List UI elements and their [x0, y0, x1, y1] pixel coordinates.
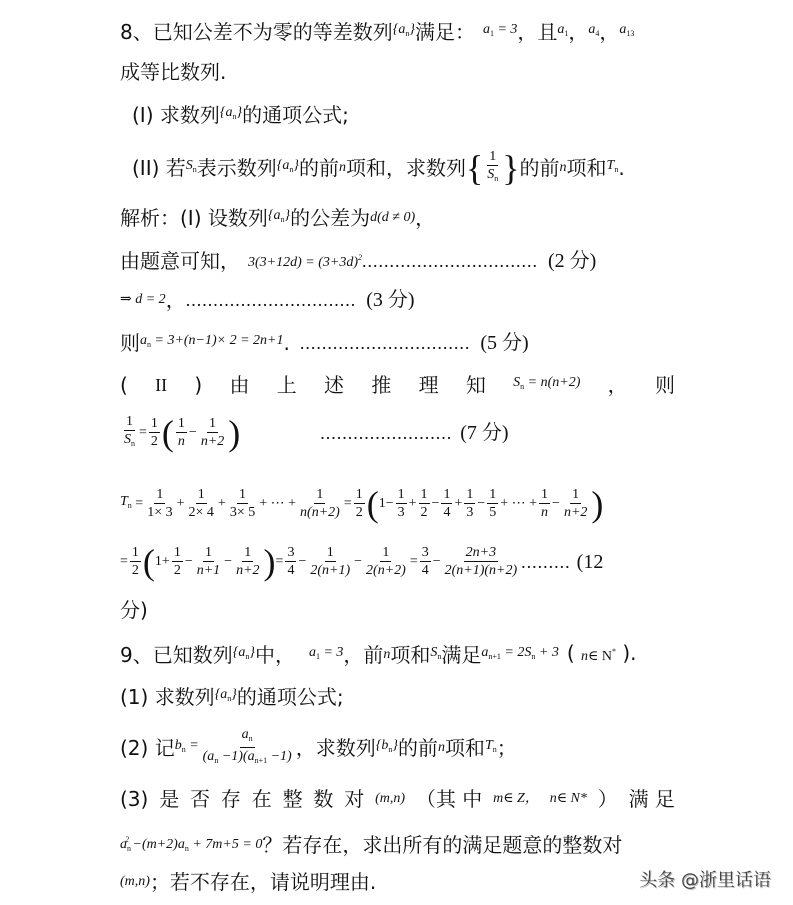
score: (5 分) — [480, 331, 528, 355]
text: 满足 — [441, 643, 481, 667]
text: 项和 — [390, 643, 430, 667]
part2-label: (II) 若 — [132, 156, 186, 180]
score: (12 — [577, 550, 604, 574]
q9-prefix: 9、已知数列 — [120, 643, 233, 667]
Tn: Tn — [607, 154, 619, 182]
char: 理 — [419, 373, 439, 397]
paren-close: ） — [598, 787, 618, 811]
seq-an: {an} — [233, 641, 255, 669]
text: 表示数列 — [197, 156, 277, 180]
char: 在 — [252, 787, 272, 811]
Sn: Sn — [186, 154, 197, 182]
part1-suffix: 的通项公式; — [242, 103, 349, 127]
n: n — [383, 643, 390, 667]
step2-eq: ⇒ d = 2 — [120, 288, 166, 312]
frac-half: 12 — [149, 416, 160, 451]
step1-text: 由题意可知， — [120, 249, 240, 273]
m-in-Z: m∈ Z， — [493, 787, 539, 811]
char: ， — [608, 373, 628, 397]
paren-close: ) — [228, 415, 240, 451]
text: 的前 — [520, 156, 560, 180]
n-in-N: n∈ N* — [550, 787, 587, 811]
seq-bn: {bn} — [376, 734, 398, 762]
char: 则 — [655, 373, 675, 397]
score: (7 分) — [460, 421, 508, 445]
p1-suffix: 的通项公式; — [237, 685, 344, 709]
leader-dots: ............................... — [186, 288, 357, 312]
seq-an: {an} — [393, 18, 415, 46]
q9-part3-line2: an2 −(m+2)an + 7m+5 = 0 ？若存在，求出所有的满足题意的整… — [120, 828, 622, 861]
a13: a13 — [619, 18, 634, 46]
bn-fraction: an(an −1)(an+1 −1) — [201, 727, 294, 770]
q8-part2: (II) 若 Sn 表示数列 {an} 的前 n 项和，求数列 { 1Sn } … — [132, 148, 625, 188]
comma: ， — [166, 288, 186, 312]
leader-dots: ............................... — [300, 331, 471, 355]
solution-part2-intro: ( II ) 由 上 述 推 理 知 Sn = n(n+2) ， 则 — [120, 371, 675, 399]
q8-and: ，且 — [517, 20, 557, 44]
intro-mid: 的公差为 — [290, 206, 370, 230]
char: 否 — [190, 787, 210, 811]
d-condition: d(d ≠ 0) — [370, 206, 415, 230]
semicolon: ； — [497, 736, 517, 760]
n: n — [438, 736, 445, 760]
char: II — [155, 373, 167, 397]
solution-step2: ⇒ d = 2 ， ..............................… — [120, 288, 415, 312]
tn-expansion-line1: Tn = 11× 3+ 12× 4+ 13× 5+ ⋯ + 1n(n+2)= 1… — [120, 480, 603, 528]
seq-an: {an} — [268, 204, 290, 232]
q9-part3-line1: (3) 是 否 存 在 整 数 对 (m,n) （其 中 m∈ Z， n∈ N*… — [120, 787, 675, 811]
q8-prefix: 8、已知公差不为零的等差数列 — [120, 20, 393, 44]
char: ( — [120, 373, 128, 397]
tn-expansion-line2: = 12 (1+ 12− 1n+1− 1n+2 )= 34− 12(n+1)− … — [120, 538, 603, 586]
char: 推 — [371, 373, 391, 397]
step1-eq: 3(3+12d) = (3+3d)2 — [248, 246, 362, 275]
a1-eq: a1 = 3 — [309, 641, 343, 669]
solution-step1: 由题意可知， 3(3+12d) = (3+3d)2 ..............… — [120, 246, 596, 275]
intro-text: 解析：(I) 设数列 — [120, 206, 268, 230]
paren-open: ( — [162, 415, 174, 451]
char: 述 — [324, 373, 344, 397]
q8-mid: 满足： — [415, 20, 475, 44]
n: n — [560, 156, 567, 180]
comma: ， — [415, 206, 435, 230]
solution-intro: 解析：(I) 设数列 {an} 的公差为 d(d ≠ 0) ， — [120, 204, 435, 232]
period: . — [284, 331, 290, 355]
q9-statement: 9、已知数列 {an} 中， a1 = 3 ，前 n 项和 Sn 满足 an+1… — [120, 640, 637, 669]
text: （其 中 — [416, 787, 482, 811]
q9-part3-line3: (m,n) ；若不存在，请说明理由. — [120, 870, 376, 894]
brace-close: } — [502, 150, 519, 186]
leader-dots: ........................ — [320, 421, 452, 445]
char: 数 — [313, 787, 333, 811]
recurrence: an+1 = 2Sn + 3 — [481, 641, 558, 669]
step3-text: 则 — [120, 331, 140, 355]
n: n — [339, 156, 346, 180]
text: 项和，求数列 — [346, 156, 466, 180]
char: ) — [194, 373, 202, 397]
p2-label: (2) 记 — [120, 736, 175, 760]
leader-dots: ................................ — [362, 249, 538, 273]
text: 中， — [255, 643, 295, 667]
bn: bn = — [175, 734, 199, 762]
q9-part2: (2) 记 bn = an(an −1)(an+1 −1) ，求数列 {bn} … — [120, 725, 517, 771]
seq-an: {an} — [277, 154, 299, 182]
char: 是 — [159, 787, 179, 811]
text: 项和 — [567, 156, 607, 180]
part1-label: (I) 求数列 — [132, 103, 220, 127]
frac-1-over-n-plus-2: 1n+2 — [199, 416, 226, 451]
Sn-formula: Sn = n(n+2) — [513, 371, 580, 399]
text: 的前 — [398, 736, 438, 760]
a4: a4 — [588, 18, 599, 46]
period: . — [618, 156, 624, 180]
score: (3 分) — [366, 288, 414, 312]
seq-an: {an} — [215, 683, 237, 711]
pair-mn: (m,n) — [120, 870, 150, 894]
text: 的前 — [299, 156, 339, 180]
p3-label: (3) — [120, 787, 148, 811]
watermark: 头条 @浙里话语 — [639, 866, 771, 892]
q9-part1: (1) 求数列 {an} 的通项公式; — [120, 683, 344, 711]
text: 满 足 — [629, 787, 675, 811]
step3-eq: an = 3+(n−1)× 2 = 2n+1 — [140, 329, 284, 357]
solution-part2-eq: 1Sn = 12 ( 1n − 1n+2 ) .................… — [120, 410, 509, 456]
text: ，前 — [343, 643, 383, 667]
text: 项和 — [445, 736, 485, 760]
domain: ( n∈ N* ). — [567, 640, 637, 669]
Sn: Sn — [430, 641, 441, 669]
solution-step3: 则 an = 3+(n−1)× 2 = 2n+1 . .............… — [120, 329, 529, 357]
q8-part1: (I) 求数列 {an} 的通项公式; — [132, 101, 349, 129]
a1: a1 — [557, 18, 568, 46]
text: ？若存在，求出所有的满足题意的整数对 — [262, 833, 622, 857]
frac-1-over-n: 1n — [176, 416, 187, 451]
q8-statement-line2: 成等比数列. — [120, 60, 226, 84]
score-continued: 分) — [120, 598, 148, 622]
char: 存 — [221, 787, 241, 811]
char: 上 — [277, 373, 297, 397]
cond-a1-eq: a1 = 3 — [483, 18, 517, 46]
char: 知 — [466, 373, 486, 397]
brace-open: { — [466, 150, 483, 186]
p1-label: (1) 求数列 — [120, 685, 215, 709]
score: (2 分) — [548, 249, 596, 273]
leader-dots: ......... — [521, 550, 571, 574]
frac-1-over-Sn: 1Sn — [485, 149, 500, 188]
pair-mn: (m,n) — [375, 787, 405, 811]
text: ，求数列 — [296, 736, 376, 760]
char: 由 — [229, 373, 249, 397]
Tn: Tn — [485, 734, 497, 762]
char: 对 — [344, 787, 364, 811]
seq-an: {an} — [220, 101, 242, 129]
char: 整 — [283, 787, 303, 811]
q8-statement-line1: 8、已知公差不为零的等差数列 {an} 满足： a1 = 3 ，且 a1 ， a… — [120, 18, 634, 46]
text: ；若不存在，请说明理由. — [150, 870, 376, 894]
Tn: Tn — [120, 490, 132, 518]
frac-1-over-Sn: 1Sn — [122, 414, 137, 453]
comma: ， — [568, 20, 588, 44]
quadratic-eq: an2 −(m+2)an + 7m+5 = 0 — [120, 828, 262, 861]
comma: ， — [599, 20, 619, 44]
